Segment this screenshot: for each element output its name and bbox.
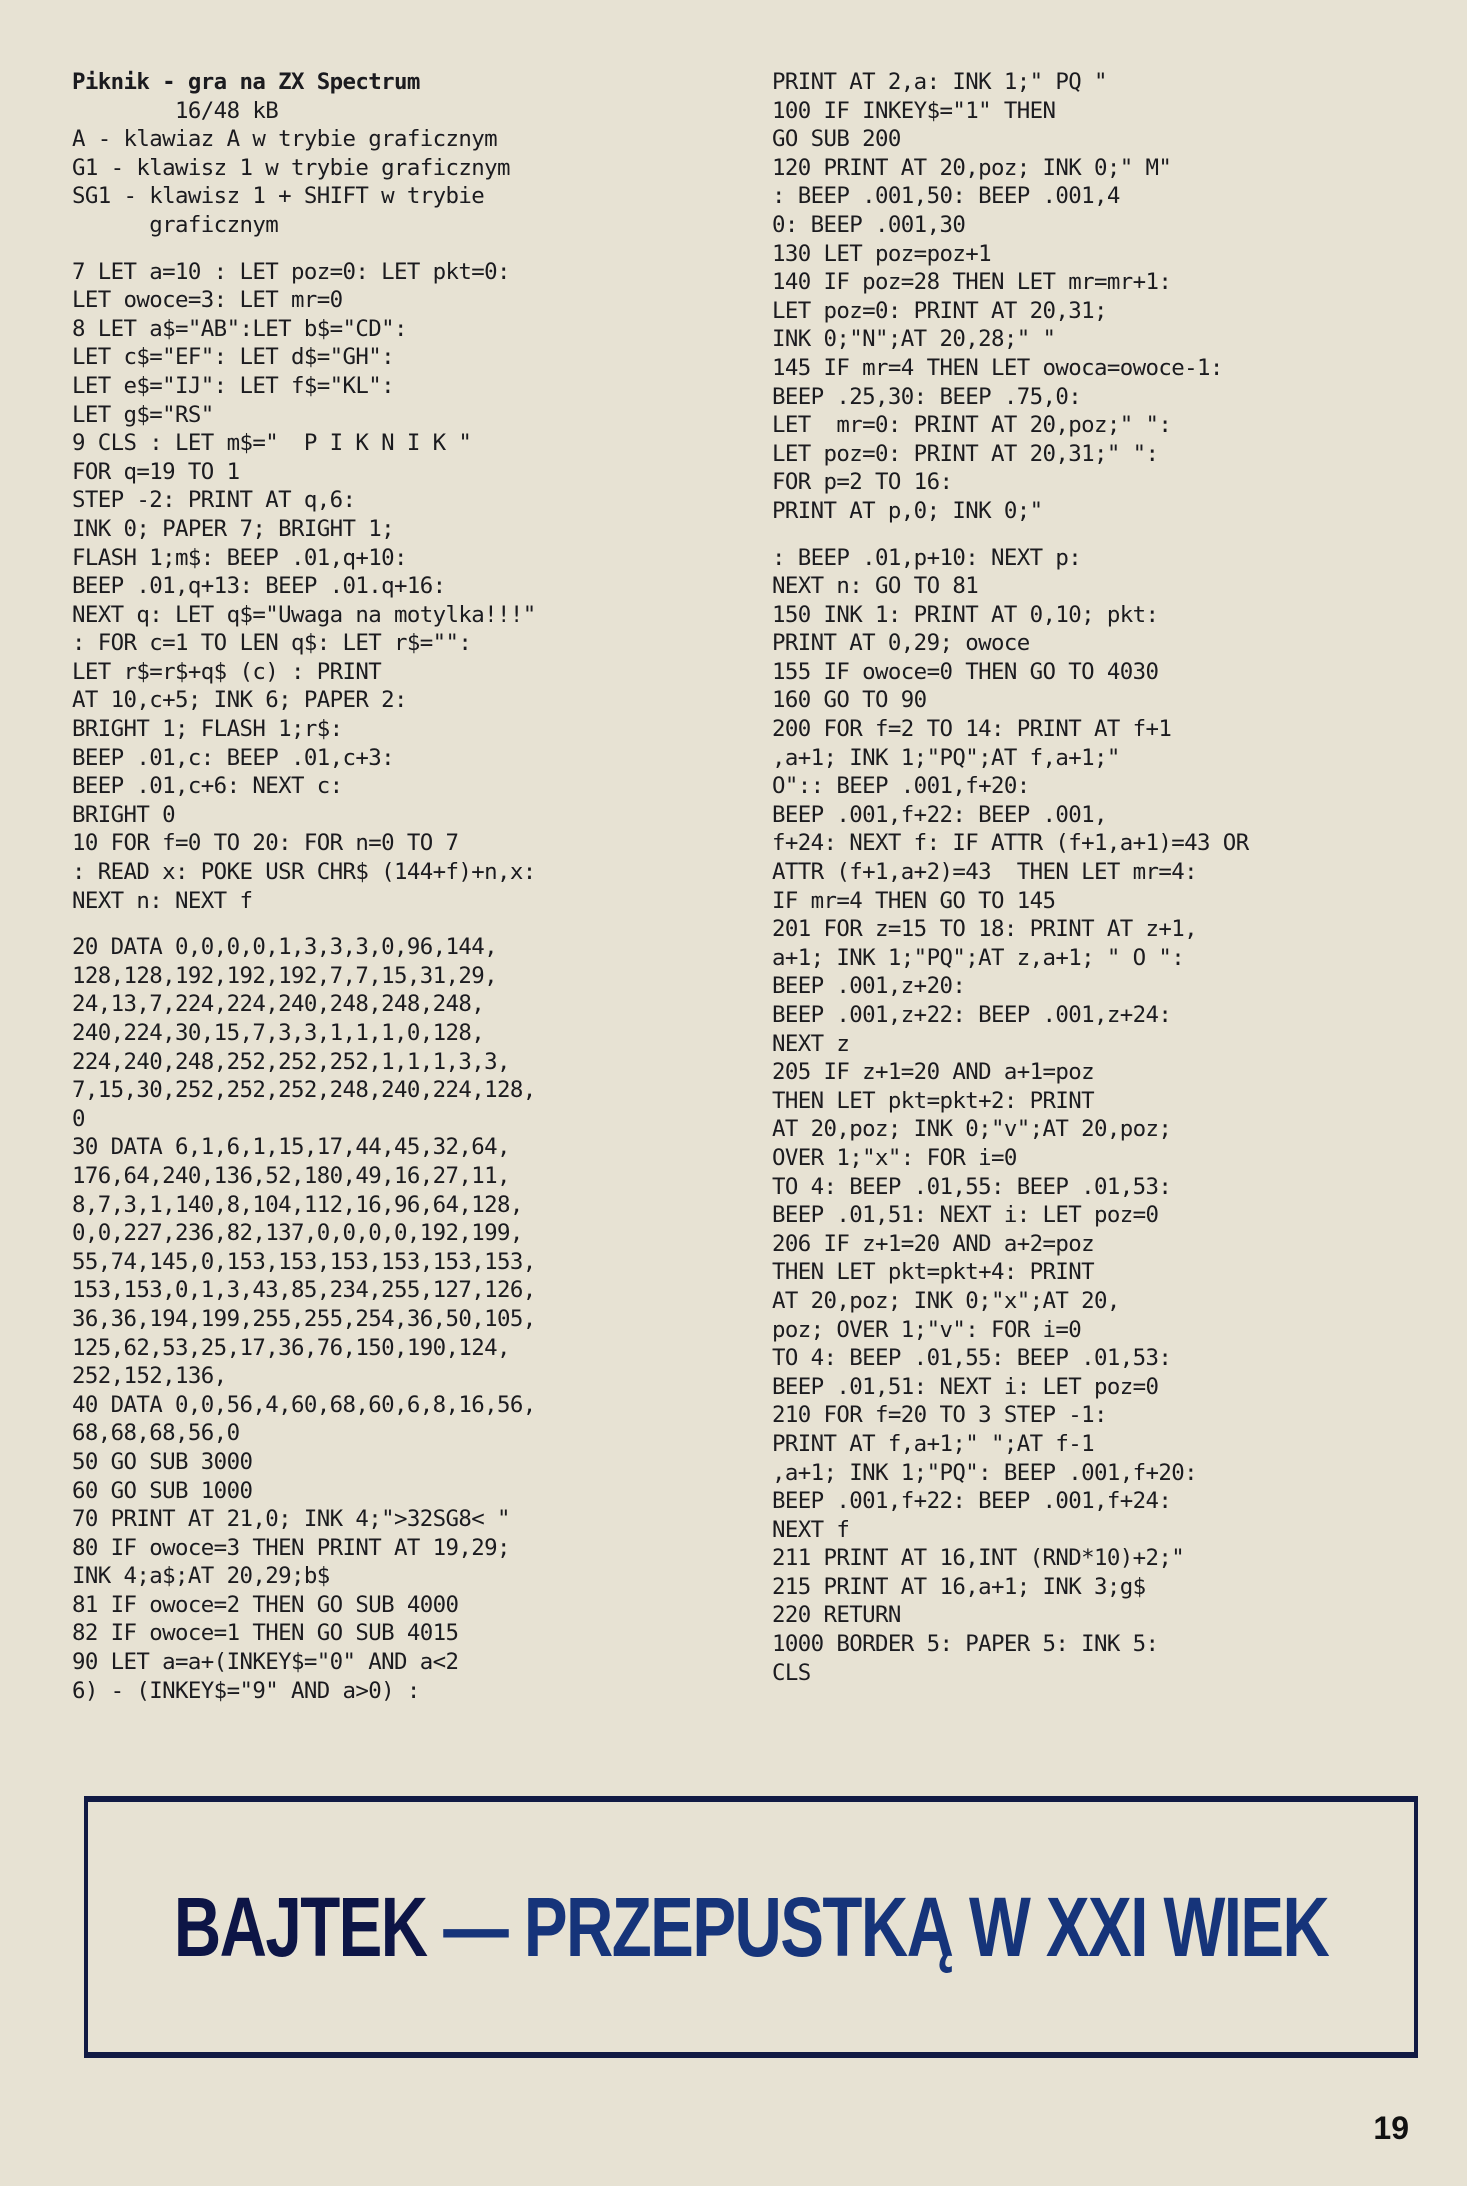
code-line: 6) - (INKEY$="9" AND a>0) : bbox=[72, 1677, 732, 1706]
code-line: FOR q=19 TO 1 bbox=[72, 458, 732, 487]
code-line: 215 PRINT AT 16,a+1; INK 3;g$ bbox=[772, 1573, 1452, 1602]
code-line: a+1; INK 1;"PQ";AT z,a+1; " O ": bbox=[772, 944, 1452, 973]
code-line: INK 4;a$;AT 20,29;b$ bbox=[72, 1562, 732, 1591]
code-line: FLASH 1;m$: BEEP .01,q+10: bbox=[72, 544, 732, 573]
code-line: 150 INK 1: PRINT AT 0,10; pkt: bbox=[772, 601, 1452, 630]
code-line: 7,15,30,252,252,252,248,240,224,128, bbox=[72, 1076, 732, 1105]
code-line: BEEP .001,z+22: BEEP .001,z+24: bbox=[772, 1001, 1452, 1030]
code-line: O":: BEEP .001,f+20: bbox=[772, 772, 1452, 801]
code-line: INK 0; PAPER 7; BRIGHT 1; bbox=[72, 515, 732, 544]
code-line: LET mr=0: PRINT AT 20,poz;" ": bbox=[772, 411, 1452, 440]
code-line: LET e$="IJ": LET f$="KL": bbox=[72, 372, 732, 401]
code-line: 70 PRINT AT 21,0; INK 4;">32SG8< " bbox=[72, 1505, 732, 1534]
code-line: 201 FOR z=15 TO 18: PRINT AT z+1, bbox=[772, 915, 1452, 944]
code-line: 130 LET poz=poz+1 bbox=[772, 240, 1452, 269]
code-line: 90 LET a=a+(INKEY$="0" AND a<2 bbox=[72, 1648, 732, 1677]
code-line: TO 4: BEEP .01,55: BEEP .01,53: bbox=[772, 1344, 1452, 1373]
code-line: 82 IF owoce=1 THEN GO SUB 4015 bbox=[72, 1619, 732, 1648]
code-line: 160 GO TO 90 bbox=[772, 686, 1452, 715]
code-line: 100 IF INKEY$="1" THEN bbox=[772, 97, 1452, 126]
code-line: SG1 - klawisz 1 + SHIFT w trybie bbox=[72, 182, 732, 211]
code-line: NEXT z bbox=[772, 1030, 1452, 1059]
code-line: 0: BEEP .001,30 bbox=[772, 211, 1452, 240]
code-line: BEEP .01,51: NEXT i: LET poz=0 bbox=[772, 1201, 1452, 1230]
code-line: BEEP .01,c: BEEP .01,c+3: bbox=[72, 744, 732, 773]
code-line: 206 IF z+1=20 AND a+2=poz bbox=[772, 1230, 1452, 1259]
code-line: A - klawiaz A w trybie graficznym bbox=[72, 125, 732, 154]
code-line: 125,62,53,25,17,36,76,150,190,124, bbox=[72, 1334, 732, 1363]
code-line: 120 PRINT AT 20,poz; INK 0;" M" bbox=[772, 154, 1452, 183]
code-line: 8 LET a$="AB":LET b$="CD": bbox=[72, 315, 732, 344]
code-line: 211 PRINT AT 16,INT (RND*10)+2;" bbox=[772, 1544, 1452, 1573]
code-line: LET c$="EF": LET d$="GH": bbox=[72, 343, 732, 372]
code-line: 252,152,136, bbox=[72, 1362, 732, 1391]
code-line: CLS bbox=[772, 1659, 1452, 1688]
code-line: GO SUB 200 bbox=[772, 125, 1452, 154]
code-line: 9 CLS : LET m$=" P I K N I K " bbox=[72, 429, 732, 458]
slogan-banner: BAJTEK — PRZEPUSTKĄ W XXI WIEK bbox=[84, 1796, 1418, 2058]
code-line: TO 4: BEEP .01,55: BEEP .01,53: bbox=[772, 1173, 1452, 1202]
code-listing-right-column: PRINT AT 2,a: INK 1;" PQ "100 IF INKEY$=… bbox=[772, 68, 1452, 1687]
code-line: 0 bbox=[72, 1105, 732, 1134]
code-line: 153,153,0,1,3,43,85,234,255,127,126, bbox=[72, 1276, 732, 1305]
code-line: 68,68,68,56,0 bbox=[72, 1419, 732, 1448]
code-line: NEXT f bbox=[772, 1516, 1452, 1545]
code-line: 60 GO SUB 1000 bbox=[72, 1477, 732, 1506]
code-line: STEP -2: PRINT AT q,6: bbox=[72, 486, 732, 515]
code-line: AT 20,poz; INK 0;"v";AT 20,poz; bbox=[772, 1115, 1452, 1144]
code-line: THEN LET pkt=pkt+4: PRINT bbox=[772, 1258, 1452, 1287]
line-gap bbox=[72, 915, 732, 933]
code-line: NEXT n: NEXT f bbox=[72, 887, 732, 916]
code-line: 36,36,194,199,255,255,254,36,50,105, bbox=[72, 1305, 732, 1334]
code-line: 16/48 kB bbox=[72, 97, 732, 126]
slogan-text: BAJTEK — PRZEPUSTKĄ W XXI WIEK bbox=[174, 1879, 1328, 1976]
code-line: THEN LET pkt=pkt+2: PRINT bbox=[772, 1087, 1452, 1116]
code-line: poz; OVER 1;"v": FOR i=0 bbox=[772, 1316, 1452, 1345]
code-line: : BEEP .001,50: BEEP .001,4 bbox=[772, 182, 1452, 211]
code-line: AT 20,poz; INK 0;"x";AT 20, bbox=[772, 1287, 1452, 1316]
code-line: 55,74,145,0,153,153,153,153,153,153, bbox=[72, 1248, 732, 1277]
code-line: 145 IF mr=4 THEN LET owoca=owoce-1: bbox=[772, 354, 1452, 383]
code-line: ,a+1; INK 1;"PQ": BEEP .001,f+20: bbox=[772, 1459, 1452, 1488]
code-line: : FOR c=1 TO LEN q$: LET r$="": bbox=[72, 629, 732, 658]
code-line: 176,64,240,136,52,180,49,16,27,11, bbox=[72, 1162, 732, 1191]
code-line: LET r$=r$+q$ (c) : PRINT bbox=[72, 658, 732, 687]
code-line: 220 RETURN bbox=[772, 1601, 1452, 1630]
slogan-dash: — bbox=[427, 1880, 524, 1974]
code-line: 81 IF owoce=2 THEN GO SUB 4000 bbox=[72, 1591, 732, 1620]
code-line: NEXT n: GO TO 81 bbox=[772, 572, 1452, 601]
code-line: 240,224,30,15,7,3,3,1,1,1,0,128, bbox=[72, 1019, 732, 1048]
code-line: PRINT AT p,0; INK 0;" bbox=[772, 497, 1452, 526]
listing-title: Piknik - gra na ZX Spectrum bbox=[72, 68, 732, 97]
code-line: INK 0;"N";AT 20,28;" " bbox=[772, 325, 1452, 354]
code-line: OVER 1;"x": FOR i=0 bbox=[772, 1144, 1452, 1173]
code-line: 8,7,3,1,140,8,104,112,16,96,64,128, bbox=[72, 1191, 732, 1220]
code-line: BEEP .01,q+13: BEEP .01.q+16: bbox=[72, 572, 732, 601]
code-line: 200 FOR f=2 TO 14: PRINT AT f+1 bbox=[772, 715, 1452, 744]
code-line: LET owoce=3: LET mr=0 bbox=[72, 286, 732, 315]
code-line: 205 IF z+1=20 AND a+1=poz bbox=[772, 1058, 1452, 1087]
code-line: ATTR (f+1,a+2)=43 THEN LET mr=4: bbox=[772, 858, 1452, 887]
code-line: 0,0,227,236,82,137,0,0,0,0,192,199, bbox=[72, 1219, 732, 1248]
code-line: BEEP .001,f+22: BEEP .001, bbox=[772, 801, 1452, 830]
code-line: PRINT AT f,a+1;" ";AT f-1 bbox=[772, 1430, 1452, 1459]
code-line: ,a+1; INK 1;"PQ";AT f,a+1;" bbox=[772, 744, 1452, 773]
code-line: 140 IF poz=28 THEN LET mr=mr+1: bbox=[772, 268, 1452, 297]
code-line: BEEP .01,c+6: NEXT c: bbox=[72, 772, 732, 801]
code-listing-left-column: Piknik - gra na ZX Spectrum 16/48 kBA - … bbox=[72, 68, 732, 1705]
code-line: G1 - klawisz 1 w trybie graficznym bbox=[72, 154, 732, 183]
code-line: BRIGHT 0 bbox=[72, 801, 732, 830]
code-line: 1000 BORDER 5: PAPER 5: INK 5: bbox=[772, 1630, 1452, 1659]
code-line: : READ x: POKE USR CHR$ (144+f)+n,x: bbox=[72, 858, 732, 887]
code-line: AT 10,c+5; INK 6; PAPER 2: bbox=[72, 686, 732, 715]
code-line: : BEEP .01,p+10: NEXT p: bbox=[772, 544, 1452, 573]
line-gap bbox=[772, 526, 1452, 544]
code-line: BEEP .25,30: BEEP .75,0: bbox=[772, 383, 1452, 412]
code-line: 40 DATA 0,0,56,4,60,68,60,6,8,16,56, bbox=[72, 1391, 732, 1420]
code-line: LET poz=0: PRINT AT 20,31; bbox=[772, 297, 1452, 326]
code-line: LET poz=0: PRINT AT 20,31;" ": bbox=[772, 440, 1452, 469]
code-line: f+24: NEXT f: IF ATTR (f+1,a+1)=43 OR bbox=[772, 829, 1452, 858]
code-line: 155 IF owoce=0 THEN GO TO 4030 bbox=[772, 658, 1452, 687]
code-line: BEEP .01,51: NEXT i: LET poz=0 bbox=[772, 1373, 1452, 1402]
code-line: FOR p=2 TO 16: bbox=[772, 468, 1452, 497]
code-line: 50 GO SUB 3000 bbox=[72, 1448, 732, 1477]
code-line: 30 DATA 6,1,6,1,15,17,44,45,32,64, bbox=[72, 1133, 732, 1162]
slogan-tagline: PRZEPUSTKĄ W XXI WIEK bbox=[524, 1880, 1328, 1974]
code-line: NEXT q: LET q$="Uwaga na motylka!!!" bbox=[72, 601, 732, 630]
code-line: 10 FOR f=0 TO 20: FOR n=0 TO 7 bbox=[72, 829, 732, 858]
code-line: graficznym bbox=[72, 211, 732, 240]
page-number: 19 bbox=[1373, 2110, 1409, 2147]
code-line: PRINT AT 0,29; owoce bbox=[772, 629, 1452, 658]
code-line: 210 FOR f=20 TO 3 STEP -1: bbox=[772, 1401, 1452, 1430]
code-line: BRIGHT 1; FLASH 1;r$: bbox=[72, 715, 732, 744]
code-line: BEEP .001,z+20: bbox=[772, 972, 1452, 1001]
code-line: 224,240,248,252,252,252,1,1,1,3,3, bbox=[72, 1048, 732, 1077]
code-line: 128,128,192,192,192,7,7,15,31,29, bbox=[72, 962, 732, 991]
slogan-brand: BAJTEK bbox=[174, 1880, 427, 1974]
line-gap bbox=[72, 240, 732, 258]
code-line: 7 LET a=10 : LET poz=0: LET pkt=0: bbox=[72, 258, 732, 287]
code-line: BEEP .001,f+22: BEEP .001,f+24: bbox=[772, 1487, 1452, 1516]
code-line: LET g$="RS" bbox=[72, 401, 732, 430]
code-line: 80 IF owoce=3 THEN PRINT AT 19,29; bbox=[72, 1534, 732, 1563]
code-line: 20 DATA 0,0,0,0,1,3,3,3,0,96,144, bbox=[72, 933, 732, 962]
code-line: 24,13,7,224,224,240,248,248,248, bbox=[72, 990, 732, 1019]
code-line: PRINT AT 2,a: INK 1;" PQ " bbox=[772, 68, 1452, 97]
code-line: IF mr=4 THEN GO TO 145 bbox=[772, 887, 1452, 916]
